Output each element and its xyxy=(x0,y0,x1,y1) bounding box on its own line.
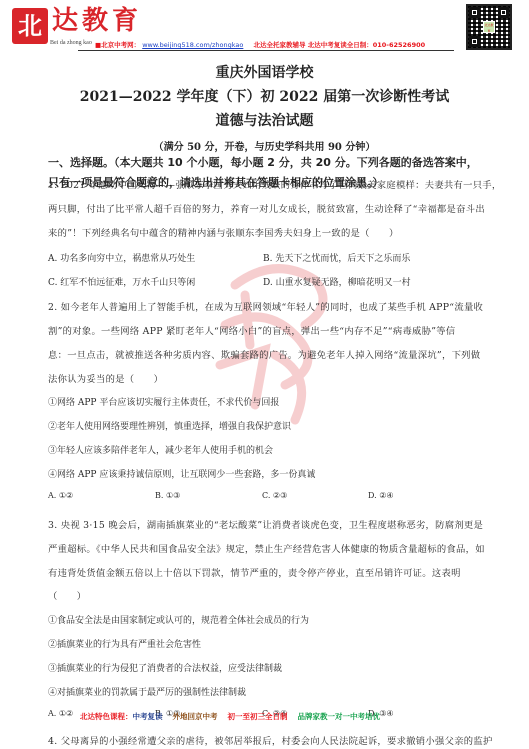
qr-center-logo: 北达教育 xyxy=(483,21,495,33)
qr-finder-icon xyxy=(469,7,480,18)
q2-option-c: C. ②③ xyxy=(262,491,287,500)
footer-course: 中考复读 xyxy=(133,712,163,721)
q2-statement: ①网络 APP 平台应该切实履行主体责任，不求代价与回报 xyxy=(48,395,279,408)
q3-option-a: A. ①② xyxy=(48,709,73,718)
qr-finder-icon xyxy=(469,36,480,47)
school-name: 重庆外国语学校 xyxy=(0,62,529,82)
q2-line: 法你认为妥当的是（ ） xyxy=(48,371,163,385)
site-label: ■北京中考网： xyxy=(95,41,140,49)
brand-name: 达教育 xyxy=(52,6,142,36)
q3-line: 有违背处货值金额五倍以上十倍以下罚款，情节严重的，责令停产停业，直至吊销许可证。… xyxy=(48,565,461,579)
brand-pinyin: Bei da zhong kao xyxy=(50,40,92,46)
header-divider xyxy=(78,50,454,51)
q1-option-c: C. 红军不怕远征难，万水千山只等闲 xyxy=(48,275,195,288)
q2-option-b: B. ①③ xyxy=(155,491,180,500)
q3-statement: ①食品安全法是由国家制定或认可的，规范着全体社会成员的行为 xyxy=(48,613,309,626)
q3-statement: ④对插旗菜业的罚款属于最严厉的强制性法律制裁 xyxy=(48,685,246,698)
q2-statement: ②老年人使用网络要理性辨别，慎重选择，增强自我保护意识 xyxy=(48,419,291,432)
exam-term: 2021—2022 学年度（下）初 2022 届第一次诊断性考试 xyxy=(0,86,529,106)
qr-finder-icon xyxy=(498,7,509,18)
q1-option-a: A. 功名多向穷中立，祸患常从巧处生 xyxy=(48,251,195,264)
q2-statement: ④网络 APP 应该秉持诚信原则，让互联网少一些套路，多一份真诚 xyxy=(48,467,315,480)
footer-label: 北达特色课程： xyxy=(80,712,133,721)
q3-statement: ②插旗菜业的行为具有严重社会危害性 xyxy=(48,637,201,650)
brand-logo-icon: 北 xyxy=(12,8,48,44)
q1-option-d: D. 山重水复疑无路，柳暗花明又一村 xyxy=(263,275,411,288)
q2-line: 割”的对象。一些网络 APP 紧盯老年人“网络小白”的盲点，弹出一些“内存不足”… xyxy=(48,323,456,337)
footer-course: 初一至初三全日制 xyxy=(228,712,288,721)
qr-code-icon: 北达教育 xyxy=(466,4,512,50)
footer-course: 外地回京中考 xyxy=(173,712,218,721)
q2-statement: ③年轻人应该多陪伴老年人，减少老年人使用手机的机会 xyxy=(48,443,273,456)
q2-option-a: A. ①② xyxy=(48,491,73,500)
q1-line: 1. 2021 年感动中国人物——张顺东李国秀夫妇用残缺的身体书写了世间最美家庭… xyxy=(48,177,502,191)
header-contact-line: ■北京中考网： www.beijing518.com/zhongkao 北达全托… xyxy=(95,40,425,49)
q4-line: 4. 父母离异的小强经常遭父亲的虐待，被邻居举报后，村委会向人民法院起诉，要求撤… xyxy=(48,733,493,747)
exam-note: （满分 50 分，开卷，与历史学科共用 90 分钟） xyxy=(0,138,529,153)
q1-line: 来的”！下列经典名句中蕴含的精神内涵与张顺东李国秀夫妇身上一致的是（ ） xyxy=(48,225,399,239)
q3-line: 严重超标。《中华人民共和国食品安全法》规定，禁止生产经营危害人体健康的物质含量超… xyxy=(48,541,485,555)
header-tagline: 北达全托家教辅导 北达中考复读全日制：010-62526900 xyxy=(253,41,425,49)
q2-line: 息：一旦点击，就被推送各种劣质内容、欺骗套路的广告。为避免老年人掉入网络“流量深… xyxy=(48,347,480,361)
q2-option-d: D. ②④ xyxy=(368,491,394,500)
q3-statement: ③插旗菜业的行为侵犯了消费者的合法权益，应受法律制裁 xyxy=(48,661,282,674)
page-footer: 北达特色课程：中考复读外地回京中考初一至初三全日制品牌家教一对一中考培优 xyxy=(80,711,390,722)
footer-course: 品牌家教一对一中考培优 xyxy=(298,712,381,721)
exam-subject: 道德与法治试题 xyxy=(0,110,529,130)
q1-line: 两只脚，付出了比平常人超千百倍的努力，养育一对儿女成长，脱贫致富，生动诠释了“幸… xyxy=(48,201,485,215)
q3-line: 3. 央视 3·15 晚会后，湖南插旗菜业的“老坛酸菜”让消费者谈虎色变，卫生程… xyxy=(48,517,483,531)
site-link[interactable]: www.beijing518.com/zhongkao xyxy=(142,41,243,49)
page-speck xyxy=(104,741,105,742)
q3-line: （ ） xyxy=(48,588,86,602)
q1-option-b: B. 先天下之忧而忧，后天下之乐而乐 xyxy=(263,251,410,264)
page-header: 北 达教育 Bei da zhong kao ■北京中考网： www.beiji… xyxy=(0,0,529,60)
q2-line: 2. 如今老年人普遍用上了智能手机，在成为互联网领域“年轻人”的同时，也成了某些… xyxy=(48,299,483,313)
